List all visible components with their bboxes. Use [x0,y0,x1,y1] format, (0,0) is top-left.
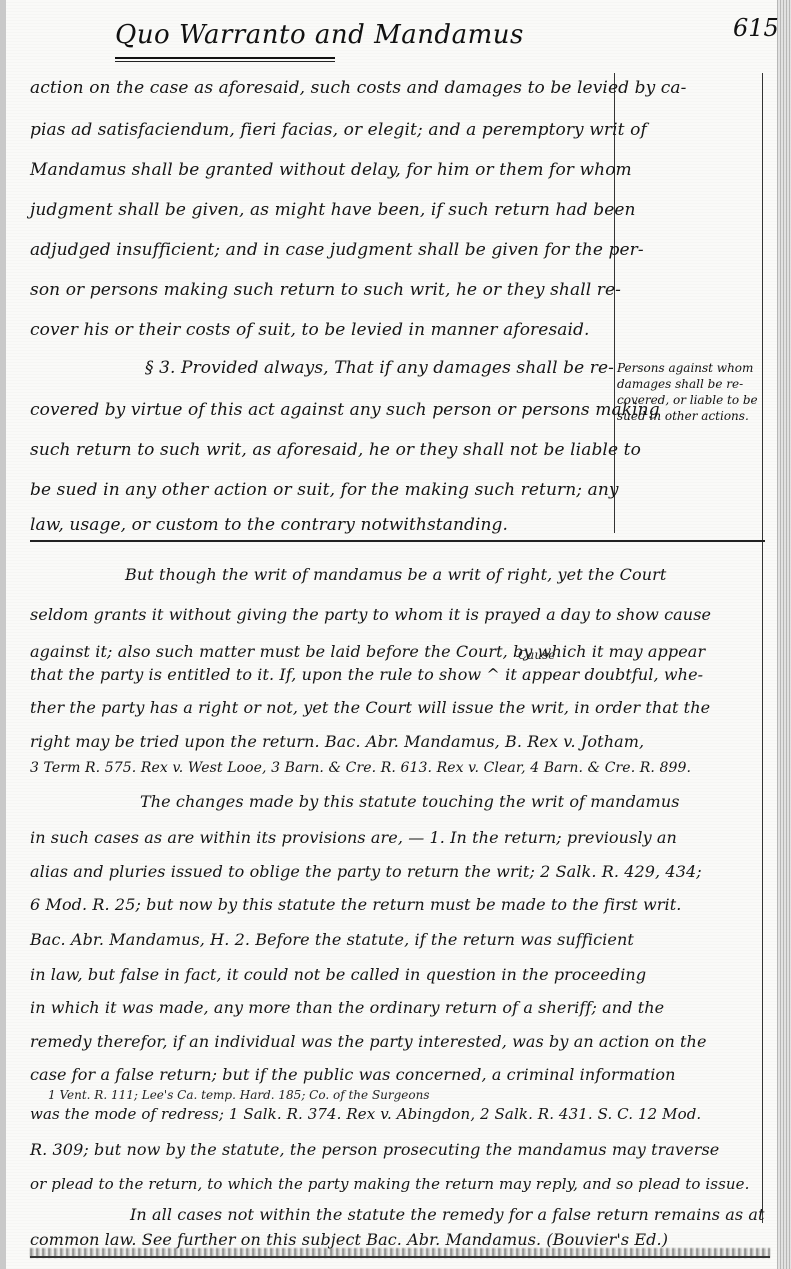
text-line: in such cases as are within its provisio… [30,828,677,847]
title-underline [115,57,335,59]
page-left-edge [0,0,6,1269]
page-number: 615 [733,14,779,42]
page-right-edge [777,0,791,1269]
margin-note-line: sued in other actions. [617,408,767,424]
text-line: remedy therefor, if an individual was th… [30,1032,707,1051]
text-line: right may be tried upon the return. Bac.… [30,732,644,751]
page-title: Quo Warranto and Mandamus [115,20,524,50]
margin-column-rule-right [762,73,763,1223]
margin-note-line: Persons against whom [617,360,767,376]
interlinear-citation: 1 Vent. R. 111; Lee's Ca. temp. Hard. 18… [48,1088,430,1102]
text-line: in law, but false in fact, it could not … [30,965,646,984]
text-line: action on the case as aforesaid, such co… [30,78,686,98]
text-line: in which it was made, any more than the … [30,998,664,1017]
text-line: cover his or their costs of suit, to be … [30,320,590,340]
text-line: The changes made by this statute touchin… [140,792,680,811]
section-divider [30,540,765,542]
text-line: ther the party has a right or not, yet t… [30,698,710,717]
text-line: 6 Mod. R. 25; but now by this statute th… [30,895,681,914]
text-line: Mandamus shall be granted without delay,… [30,160,632,180]
text-line: judgment shall be given, as might have b… [30,200,636,220]
text-line: 3 Term R. 575. Rex v. West Looe, 3 Barn.… [30,760,691,776]
text-line: such return to such writ, as aforesaid, … [30,440,641,460]
text-line: In all cases not within the statute the … [130,1205,765,1224]
text-line: son or persons making such return to suc… [30,280,621,300]
text-line: adjudged insufficient; and in case judgm… [30,240,644,260]
document-page: Quo Warranto and Mandamus 615 action on … [0,0,791,1269]
interlinear-insertion: Cause [518,648,555,662]
bottom-rule [30,1256,770,1258]
text-line: pias ad satisfaciendum, fieri facias, or… [30,120,647,140]
margin-note-line: covered, or liable to be [617,392,767,408]
title-underline-secondary [115,61,335,62]
text-line: common law. See further on this subject … [30,1230,668,1249]
text-line: alias and pluries issued to oblige the p… [30,862,702,881]
text-line: be sued in any other action or suit, for… [30,480,619,500]
text-line: against it; also such matter must be lai… [30,642,705,661]
margin-note: Persons against whom damages shall be re… [617,360,767,424]
margin-column-rule-left [614,73,615,533]
text-line: R. 309; but now by the statute, the pers… [30,1140,719,1159]
text-line: seldom grants it without giving the part… [30,605,711,624]
text-line: Bac. Abr. Mandamus, H. 2. Before the sta… [30,930,634,949]
text-line: covered by virtue of this act against an… [30,400,660,420]
text-line: law, usage, or custom to the contrary no… [30,515,508,535]
text-line: § 3. Provided always, That if any damage… [145,358,614,378]
text-line: that the party is entitled to it. If, up… [30,665,703,684]
text-line: But though the writ of mandamus be a wri… [125,565,666,584]
text-line: or plead to the return, to which the par… [30,1175,750,1193]
text-line: case for a false return; but if the publ… [30,1065,676,1084]
text-line: was the mode of redress; 1 Salk. R. 374.… [30,1105,701,1123]
margin-note-line: damages shall be re- [617,376,767,392]
